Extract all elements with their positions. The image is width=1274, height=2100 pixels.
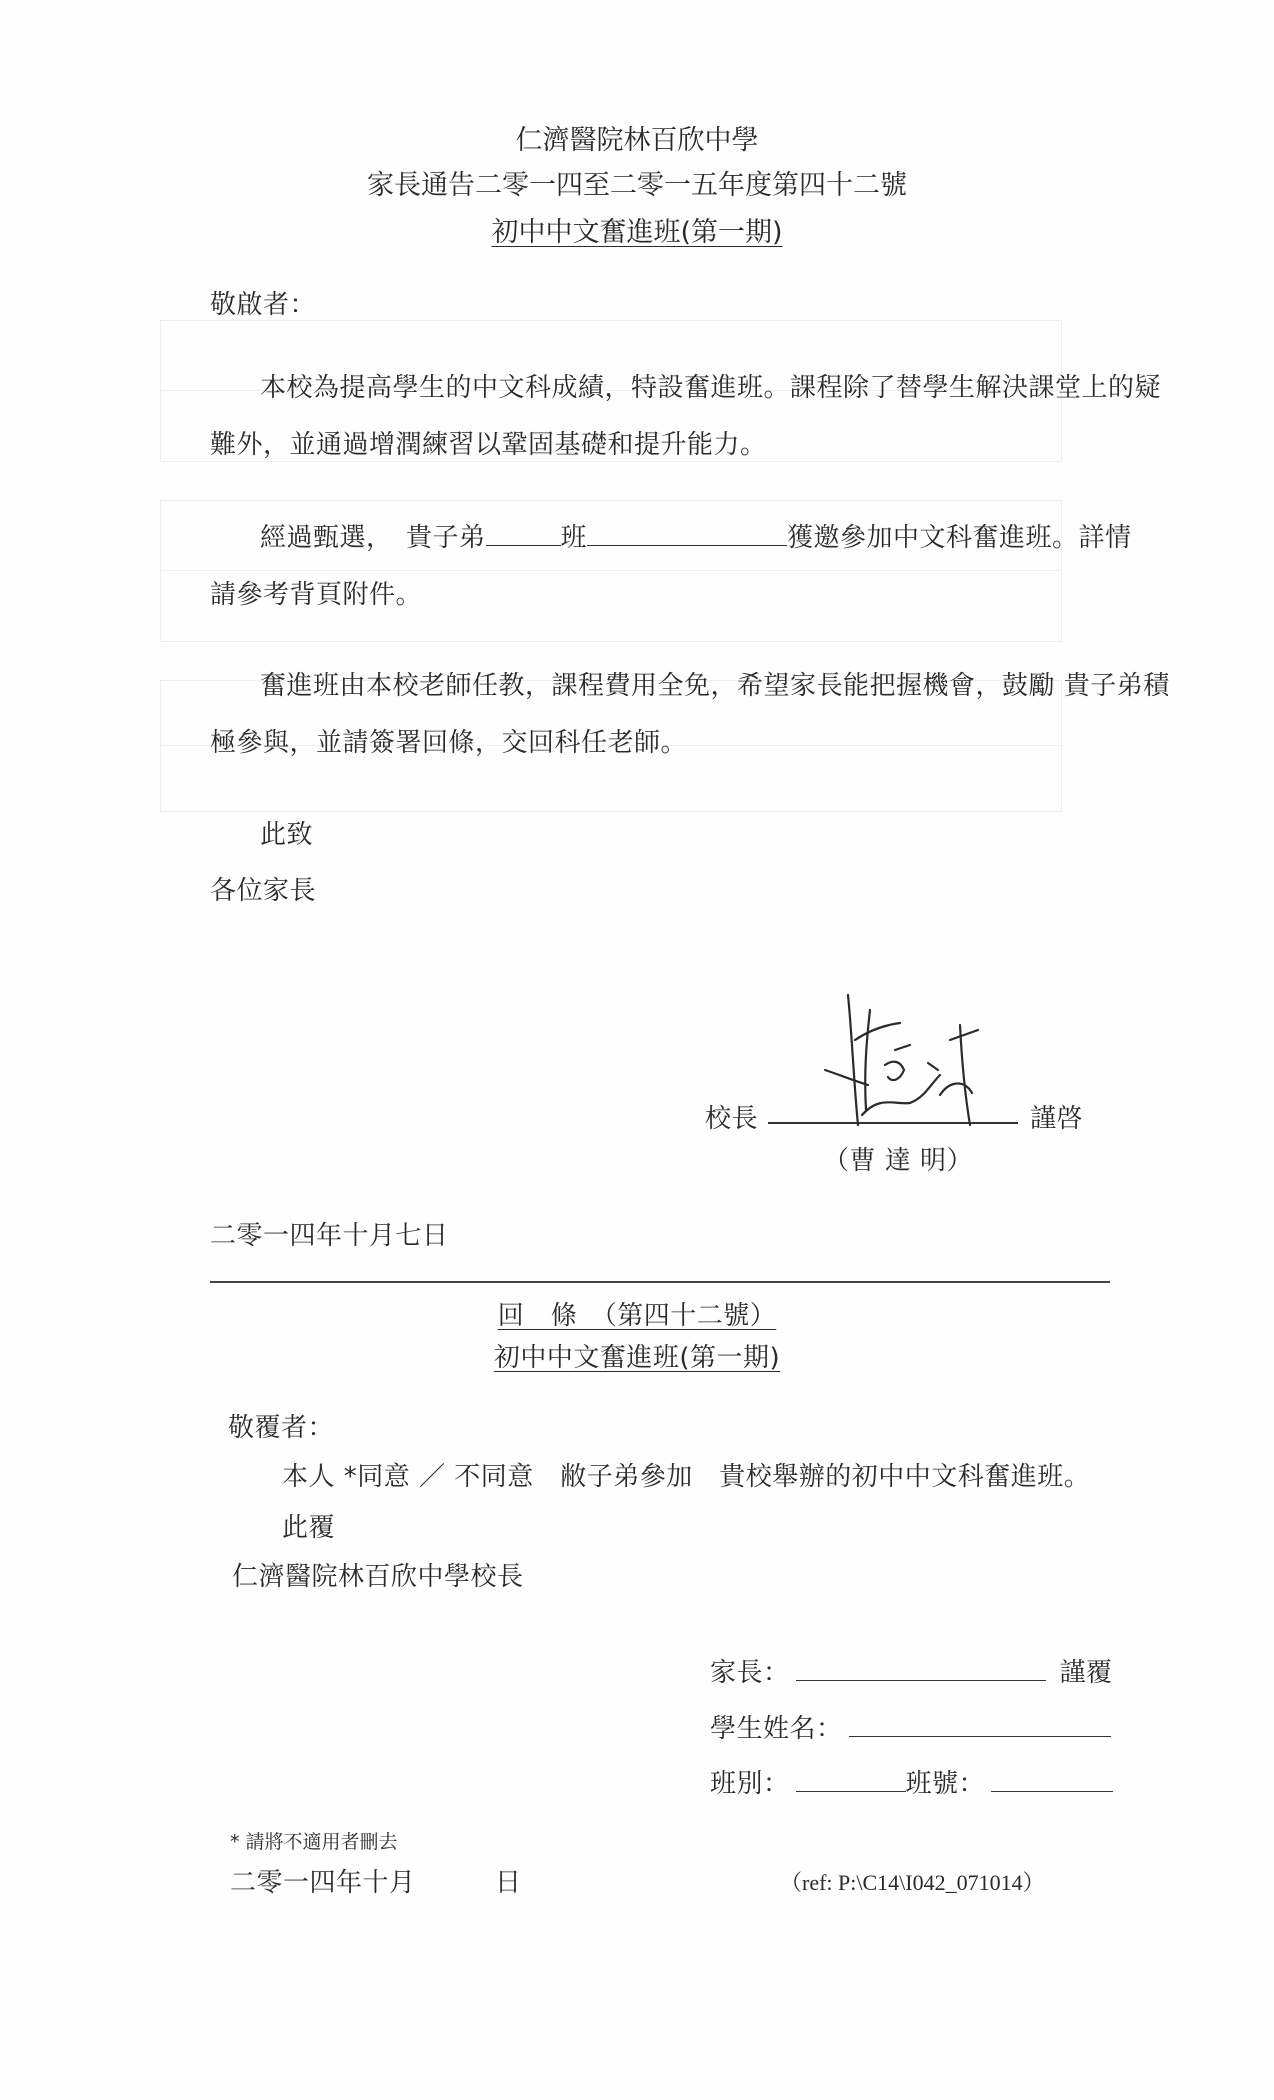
paragraph2-prefix: 經過甄選， 貴子弟 <box>260 523 486 553</box>
class-input[interactable] <box>796 1769 906 1792</box>
cut-line-divider <box>210 1281 1110 1283</box>
footnote: * 請將不適用者刪去 <box>230 1827 398 1854</box>
notice-subject-wrap: 初中中文奮進班(第一期) <box>0 210 1274 249</box>
reply-slip-subject: 初中中文奮進班(第一期) <box>494 1343 780 1373</box>
paragraph1-line2: 難外，並通過增潤練習以鞏固基礎和提升能力。 <box>210 424 767 461</box>
class-blank[interactable] <box>486 523 561 546</box>
reply-date: 二零一四年十月 日 <box>230 1862 522 1899</box>
notice-date: 二零一四年十月七日 <box>210 1215 449 1252</box>
class-number-input[interactable] <box>991 1769 1113 1792</box>
student-name-row: 學生姓名： <box>710 1708 1111 1745</box>
reply-subject-wrap: 初中中文奮進班(第一期) <box>0 1337 1274 1374</box>
notice-subject: 初中中文奮進班(第一期) <box>491 217 782 248</box>
reply-salutation: 敬覆者： <box>228 1407 334 1444</box>
parent-suffix: 謹覆 <box>1060 1658 1113 1688</box>
salutation: 敬啟者： <box>210 284 316 321</box>
school-name: 仁濟醫院林百欣中學 <box>0 118 1274 157</box>
document-page: 仁濟醫院林百欣中學 家長通告二零一四至二零一五年度第四十二號 初中中文奮進班(第… <box>0 0 1274 2100</box>
consent-statement[interactable]: 本人 *同意 ／ 不同意 敝子弟參加 貴校舉辦的初中中文科奮進班。 <box>282 1456 1090 1493</box>
reply-slip-title: 回 條 （第四十二號） <box>498 1301 777 1331</box>
reply-title-wrap: 回 條 （第四十二號） <box>0 1295 1274 1332</box>
reply-addressee: 仁濟醫院林百欣中學校長 <box>232 1556 524 1593</box>
student-name-blank[interactable] <box>587 523 787 546</box>
paragraph3-line2: 極參與，並請簽署回條，交回科任老師。 <box>210 722 687 759</box>
student-name-input[interactable] <box>849 1714 1111 1737</box>
paragraph2-line2: 請參考背頁附件。 <box>210 574 422 611</box>
closing-regards: 此致 <box>260 814 313 851</box>
class-label: 班 <box>561 523 588 553</box>
class-row: 班別：班號： <box>710 1763 1113 1800</box>
notice-number: 家長通告二零一四至二零一五年度第四十二號 <box>0 163 1274 202</box>
reply-closing: 此覆 <box>282 1507 335 1544</box>
paragraph2-line1: 經過甄選， 貴子弟班獲邀參加中文科奮進班。詳情 <box>260 517 1132 554</box>
reference-code: （ref: P:\C14\I042_071014） <box>780 1866 1045 1897</box>
signature-icon <box>800 985 1010 1130</box>
student-name-label: 學生姓名： <box>710 1714 843 1744</box>
class-label: 班別： <box>710 1769 790 1799</box>
signature-suffix: 謹啓 <box>1030 1098 1083 1135</box>
show-through-rule <box>160 570 1060 571</box>
principal-title: 校長 <box>705 1098 758 1135</box>
closing-addressee: 各位家長 <box>210 870 316 907</box>
paragraph2-suffix: 獲邀參加中文科奮進班。詳情 <box>787 523 1132 553</box>
paragraph3-line1: 奮進班由本校老師任教，課程費用全免，希望家長能把握機會，鼓勵 貴子弟積 <box>260 665 1170 702</box>
parent-label: 家長： <box>710 1658 790 1688</box>
principal-name: （曹 達 明） <box>823 1140 973 1177</box>
parent-field-row: 家長：謹覆 <box>710 1652 1113 1689</box>
class-number-label: 班號： <box>906 1769 986 1799</box>
parent-signature-input[interactable] <box>796 1658 1046 1681</box>
paragraph1-line1: 本校為提高學生的中文科成績，特設奮進班。課程除了替學生解決課堂上的疑 <box>260 367 1161 404</box>
